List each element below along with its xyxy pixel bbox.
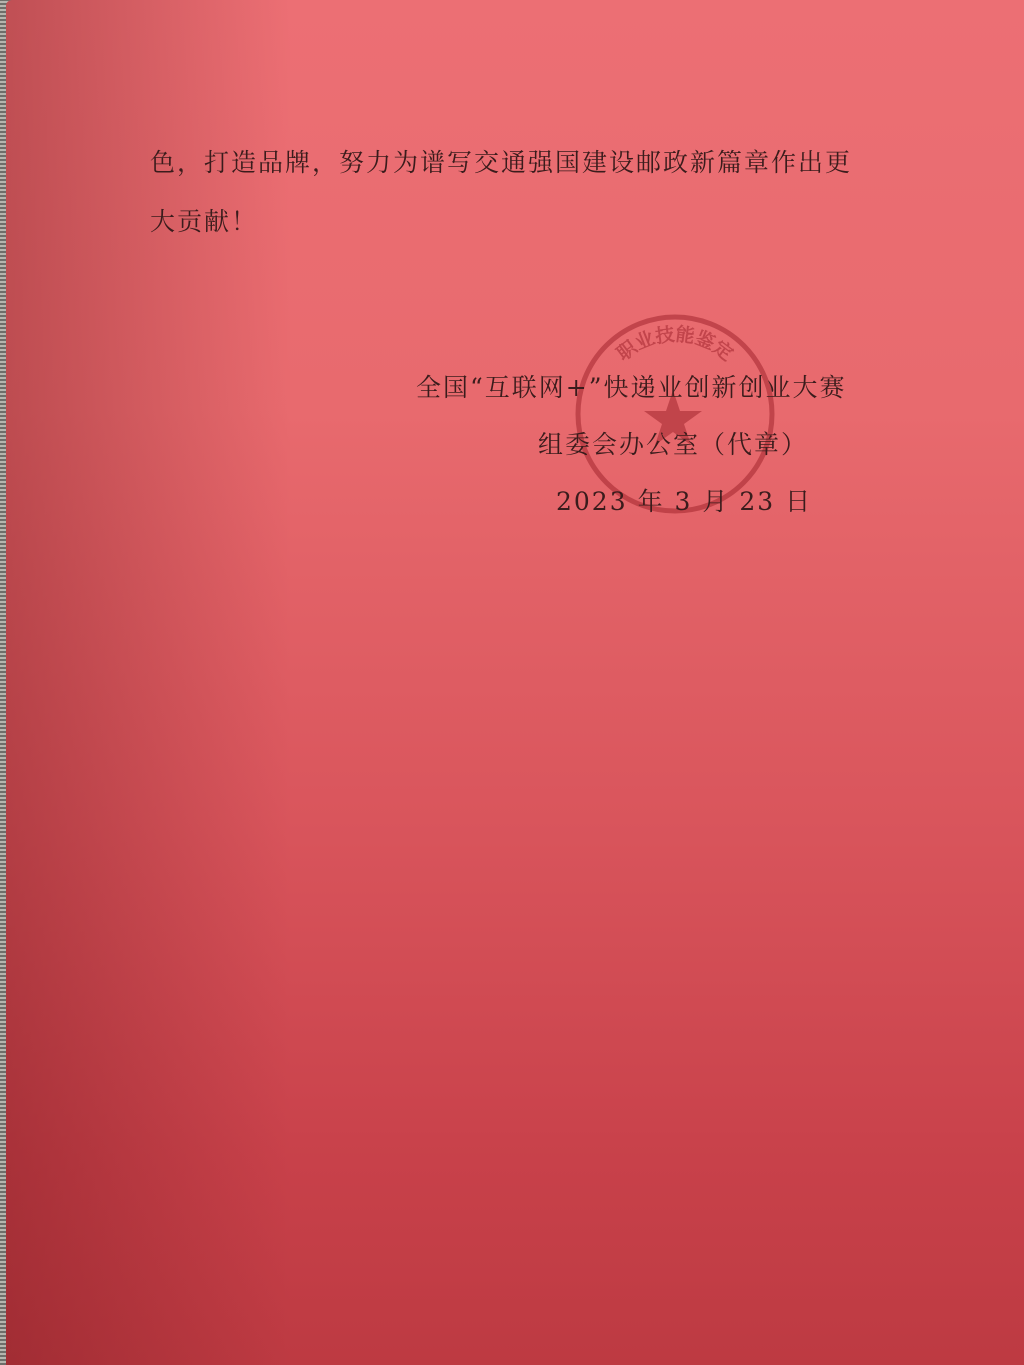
body-text-line: 色，打造品牌，努力为谱写交通强国建设邮政新篇章作出更 bbox=[150, 143, 852, 179]
signature-date: 2023 年 3 月 23 日 bbox=[556, 482, 812, 518]
body-text-line: 大贡献！ bbox=[150, 202, 258, 238]
signature-office: 组委会办公室（代章） bbox=[538, 425, 808, 461]
signature-organization: 全国“互联网+”快递业创新创业大赛 bbox=[416, 368, 847, 404]
